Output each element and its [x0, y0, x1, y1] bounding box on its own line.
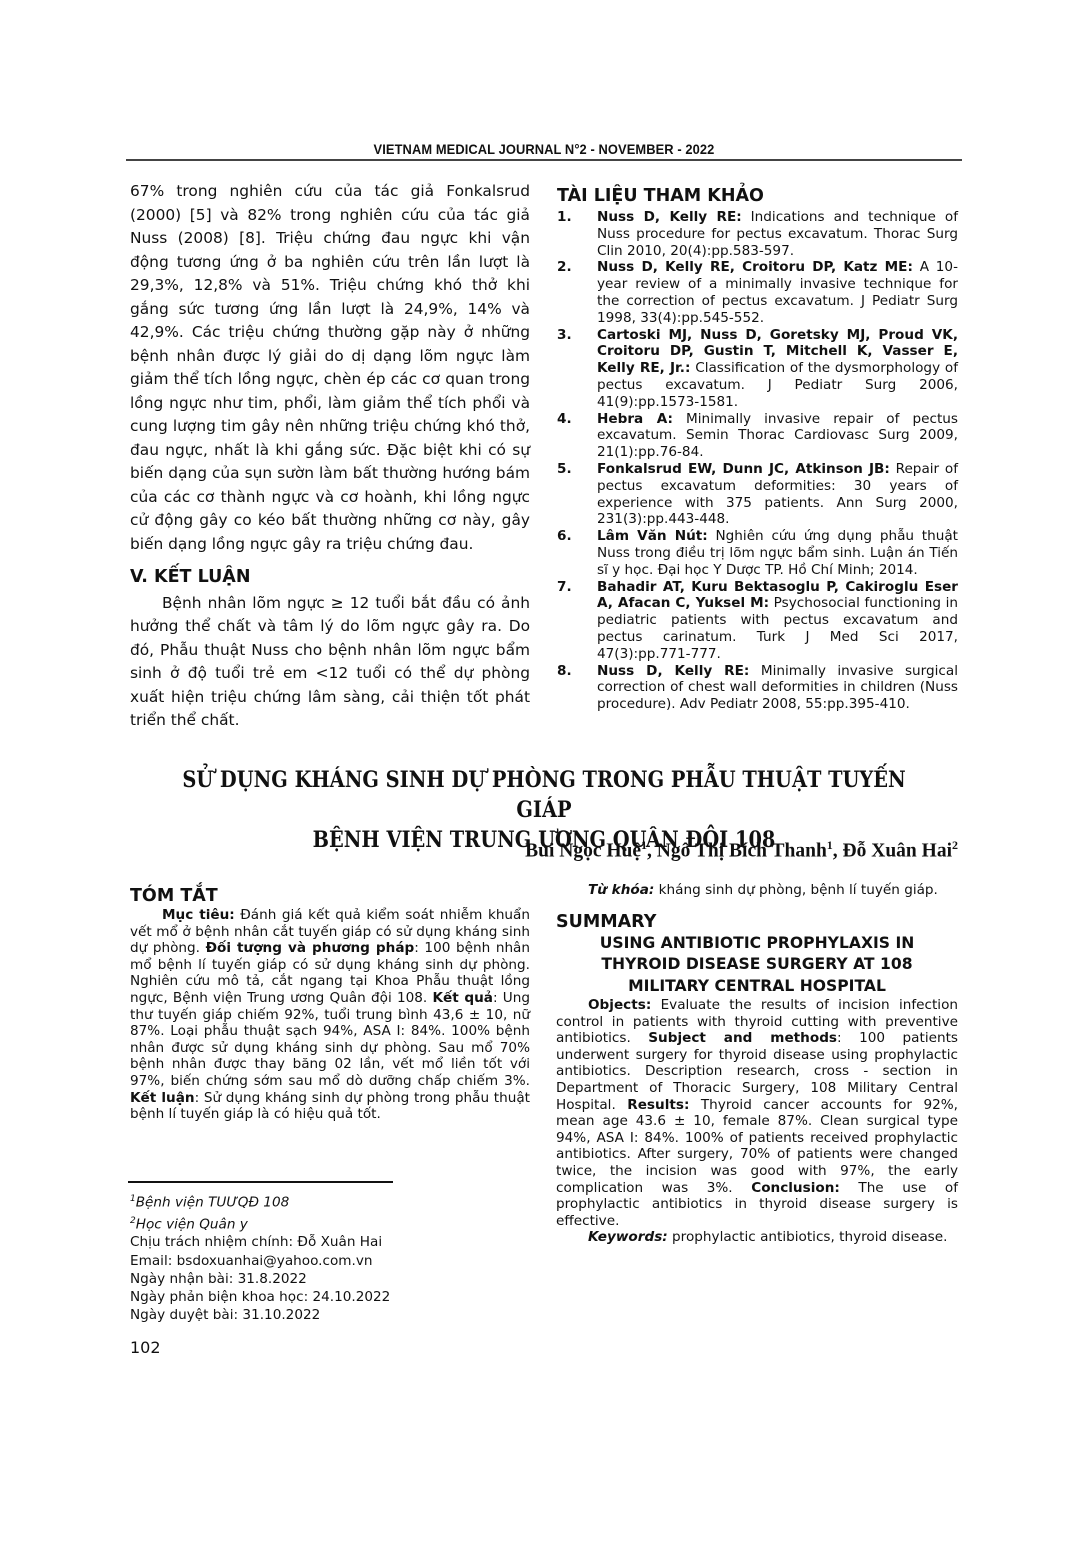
header-rule — [126, 159, 962, 161]
references-heading: TÀI LIỆU THAM KHẢO — [557, 185, 958, 207]
author-name: Bùi Ngọc Huệ — [525, 841, 641, 862]
author-separator: , — [647, 841, 657, 862]
keywords-en-text: prophylactic antibiotics, thyroid diseas… — [668, 1229, 948, 1245]
reference-number: 1. — [557, 209, 572, 226]
reference-number: 6. — [557, 528, 572, 545]
keywords-vi: Từ khóa: kháng sinh dự phòng, bệnh lí tu… — [556, 882, 958, 899]
abstract-heading: TÓM TẮT — [130, 885, 530, 907]
reference-authors: Nuss D, Kelly RE: — [597, 209, 742, 225]
reference-item: 7.Bahadir AT, Kuru Bektasoglu P, Cakirog… — [557, 579, 958, 663]
reference-item: 8.Nuss D, Kelly RE: Minimally invasive s… — [557, 663, 958, 713]
reference-number: 5. — [557, 461, 572, 478]
author-list: Bùi Ngọc Huệ1, Ngô Thị Bích Thanh1, Đỗ X… — [525, 838, 958, 863]
reference-item: 3.Cartoski MJ, Nuss D, Goretsky MJ, Prou… — [557, 327, 958, 411]
date-accepted: Ngày duyệt bài: 31.10.2022 — [130, 1306, 390, 1324]
conclusion-paragraph: Bệnh nhân lõm ngực ≥ 12 tuổi bắt đầu có … — [130, 592, 530, 733]
author-email: Email: bsdoxuanhai@yahoo.com.vn — [130, 1252, 390, 1270]
methods-en-label: Subject and methods — [648, 1030, 837, 1046]
reference-item: 5.Fonkalsrud EW, Dunn JC, Atkinson JB: R… — [557, 461, 958, 528]
abstract-vi-body: Mục tiêu: Đánh giá kết quả kiểm soát nhi… — [130, 907, 530, 1123]
summary-body: Objects: Evaluate the results of incisio… — [556, 997, 958, 1229]
conclusion-heading: V. KẾT LUẬN — [130, 566, 530, 590]
page-number: 102 — [130, 1338, 161, 1357]
summary-title: USING ANTIBIOTIC PROPHYLAXIS IN THYROID … — [556, 933, 958, 998]
reference-list: 1.Nuss D, Kelly RE: Indications and tech… — [557, 209, 958, 713]
footnote-rule — [128, 1181, 393, 1183]
date-reviewed: Ngày phản biện khoa học: 24.10.2022 — [130, 1288, 390, 1306]
abstract-english: Từ khóa: kháng sinh dự phòng, bệnh lí tu… — [556, 882, 958, 1246]
author-separator: , — [833, 841, 843, 862]
reference-number: 4. — [557, 411, 572, 428]
keywords-vi-text: kháng sinh dự phòng, bệnh lí tuyến giáp. — [654, 882, 938, 898]
reference-item: 2.Nuss D, Kelly RE, Croitoru DP, Katz ME… — [557, 259, 958, 326]
affiliation-text: Bệnh viện TUƯQĐ 108 — [136, 1195, 290, 1211]
author-affiliation-marker: 2 — [952, 838, 958, 852]
reference-number: 2. — [557, 259, 572, 276]
author-name: Ngô Thị Bích Thanh — [657, 841, 827, 862]
reference-number: 8. — [557, 663, 572, 680]
reference-authors: Hebra A: — [597, 411, 673, 427]
objects-label: Objects: — [588, 997, 651, 1013]
article-title-line-1: SỬ DỤNG KHÁNG SINH DỰ PHÒNG TRONG PHẪU T… — [176, 765, 912, 825]
affiliation-1: 1Bệnh viện TUƯQĐ 108 — [130, 1190, 390, 1212]
summary-heading: SUMMARY — [556, 911, 958, 933]
affiliation-text: Học viện Quân y — [136, 1216, 248, 1232]
journal-header: VIETNAM MEDICAL JOURNAL N°2 - NOVEMBER -… — [159, 141, 928, 157]
reference-authors: Fonkalsrud EW, Dunn JC, Atkinson JB: — [597, 461, 890, 477]
conclusion-en-label: Conclusion: — [751, 1180, 840, 1196]
abstract-vietnamese: TÓM TẮT Mục tiêu: Đánh giá kết quả kiểm … — [130, 885, 530, 1123]
reference-authors: Lâm Văn Nút: — [597, 528, 708, 544]
references-section: TÀI LIỆU THAM KHẢO 1.Nuss D, Kelly RE: I… — [557, 185, 958, 713]
results-en-label: Results: — [627, 1097, 689, 1113]
reference-authors: Nuss D, Kelly RE, Croitoru DP, Katz ME: — [597, 259, 913, 275]
date-received: Ngày nhận bài: 31.8.2022 — [130, 1270, 390, 1288]
methods-label: Đối tượng và phương pháp — [206, 940, 415, 956]
conclusion-label: Kết luận — [130, 1090, 195, 1106]
discussion-paragraph: 67% trong nghiên cứu của tác giả Fonkals… — [130, 180, 530, 556]
reference-number: 3. — [557, 327, 572, 344]
reference-item: 4.Hebra A: Minimally invasive repair of … — [557, 411, 958, 461]
objective-label: Mục tiêu: — [162, 907, 235, 923]
author-name: Đỗ Xuân Hai — [843, 841, 952, 862]
results-label: Kết quả — [432, 990, 492, 1006]
reference-number: 7. — [557, 579, 572, 596]
keywords-vi-label: Từ khóa: — [588, 882, 654, 898]
prev-article-left-column: 67% trong nghiên cứu của tác giả Fonkals… — [130, 180, 530, 733]
corresponding-author: Chịu trách nhiệm chính: Đỗ Xuân Hai — [130, 1233, 390, 1251]
affiliation-2: 2Học viện Quân y — [130, 1212, 390, 1234]
footnotes: 1Bệnh viện TUƯQĐ 108 2Học viện Quân y Ch… — [130, 1190, 390, 1324]
reference-authors: Nuss D, Kelly RE: — [597, 663, 749, 679]
reference-item: 6.Lâm Văn Nút: Nghiên cứu ứng dụng phẫu … — [557, 528, 958, 578]
reference-item: 1.Nuss D, Kelly RE: Indications and tech… — [557, 209, 958, 259]
keywords-en: Keywords: prophylactic antibiotics, thyr… — [556, 1229, 958, 1246]
keywords-en-label: Keywords: — [588, 1229, 668, 1245]
